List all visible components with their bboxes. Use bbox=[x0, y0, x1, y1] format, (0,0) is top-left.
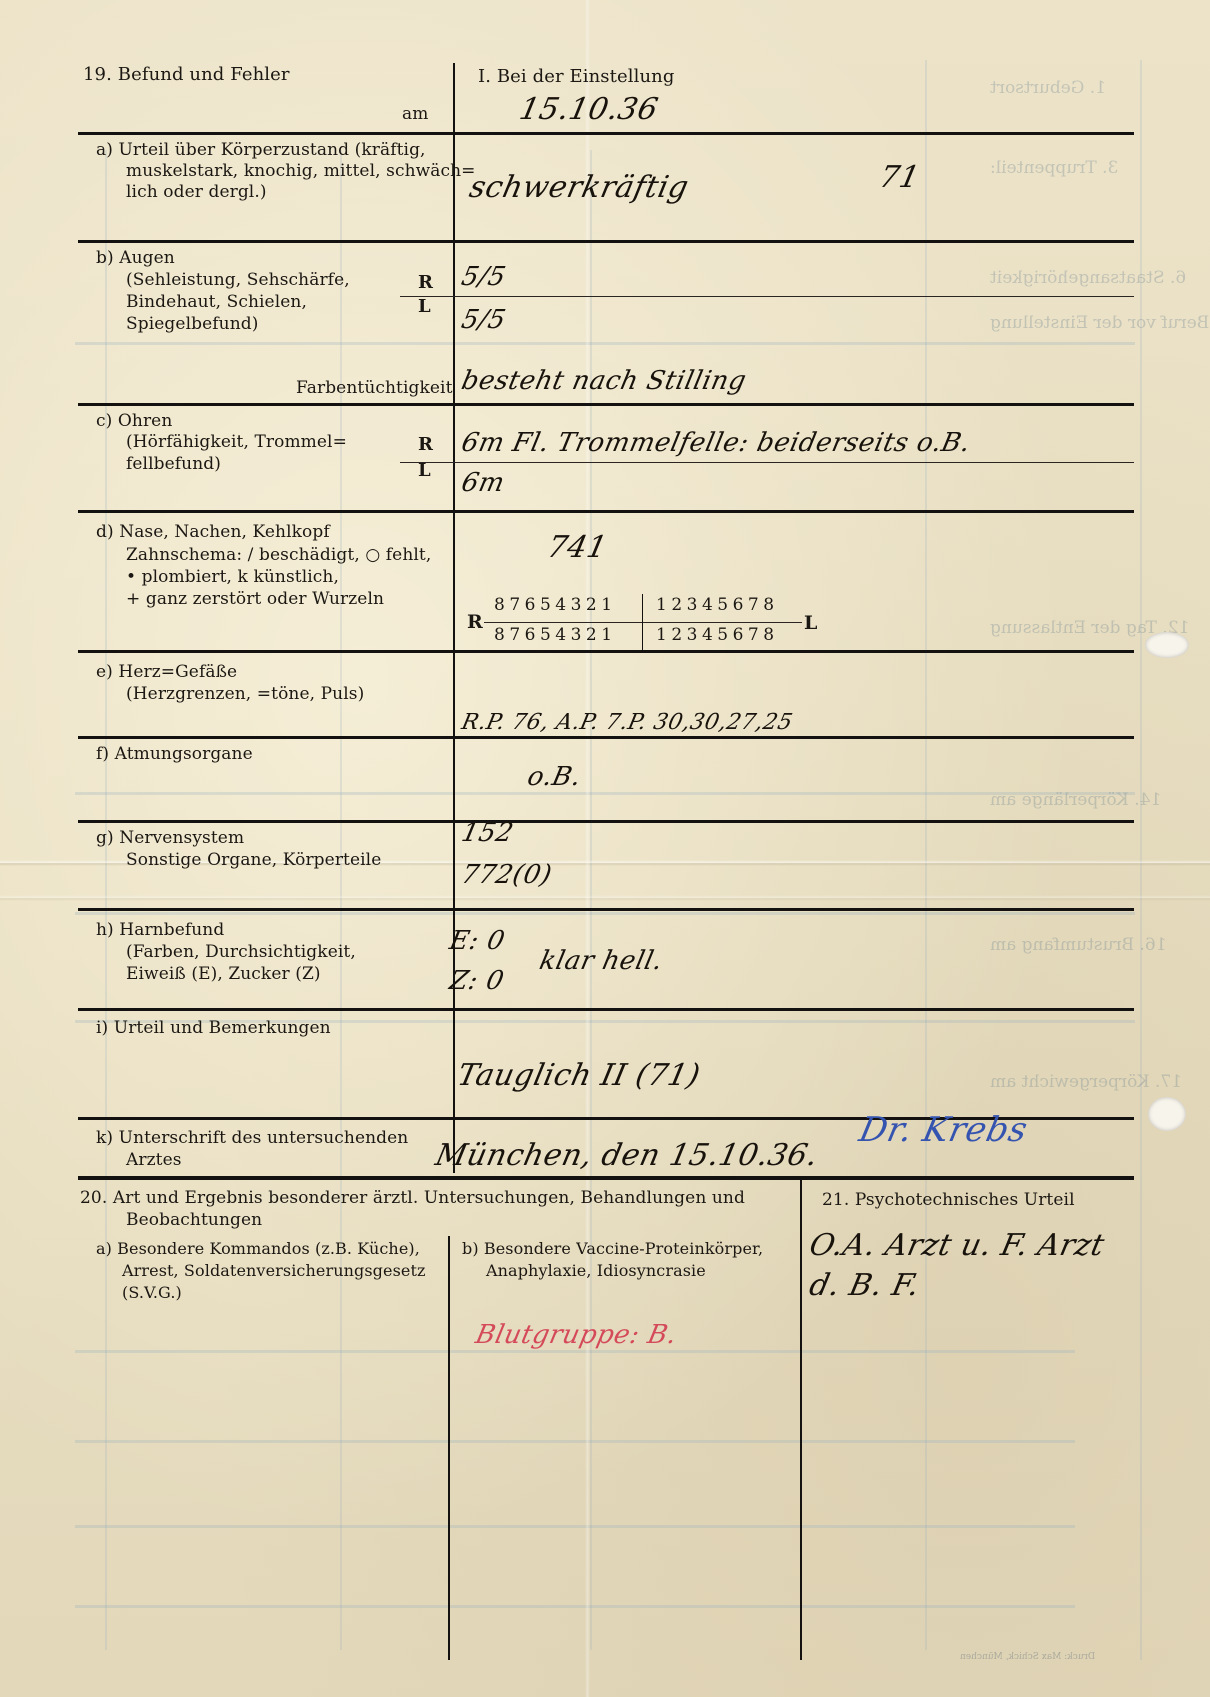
column-divider bbox=[453, 63, 455, 1173]
row-h-label-3: Eiweiß (E), Zucker (Z) bbox=[126, 964, 321, 985]
right-eye-marker: R bbox=[418, 272, 433, 293]
bleed-through-text: 3. Truppenteil: bbox=[990, 158, 1118, 178]
row-divider bbox=[78, 650, 1134, 653]
row-b-label-2: (Sehleistung, Sehschärfe, bbox=[126, 270, 350, 291]
doctor-signature: Dr. Krebs bbox=[856, 1110, 1031, 1150]
row-b-label-1: b) Augen bbox=[96, 248, 175, 269]
row-k-label-1: k) Unterschrift des untersuchenden bbox=[96, 1128, 408, 1149]
right-ear-entry: 6m Fl. Trommelfelle: beiderseits o.B. bbox=[459, 428, 973, 458]
punch-hole bbox=[1148, 1097, 1186, 1131]
section-21-entry-1: O.A. Arzt u. F. Arzt bbox=[806, 1228, 1107, 1263]
row-divider bbox=[78, 736, 1134, 739]
color-vision-label: Farbentüchtigkeit bbox=[296, 378, 453, 399]
row-divider bbox=[78, 240, 1134, 243]
row-e-label-2: (Herzgrenzen, =töne, Puls) bbox=[126, 684, 364, 705]
printer-imprint: Druck: Max Schick, München bbox=[960, 1652, 1095, 1662]
bleed-through-text: 17. Körpergewicht am bbox=[990, 1072, 1182, 1092]
section-20b-label-1: b) Besondere Vaccine-Proteinkörper, bbox=[462, 1239, 763, 1259]
teeth-upper-right: 87654321 bbox=[494, 595, 617, 615]
row-h-label-2: (Farben, Durchsichtigkeit, bbox=[126, 942, 356, 963]
midline-divider bbox=[642, 594, 643, 650]
row-a-label-2: muskelstark, knochig, mittel, schwäch= bbox=[126, 161, 476, 182]
urine-sugar-entry: Z: 0 bbox=[447, 966, 507, 996]
row-d-label-1: d) Nase, Nachen, Kehlkopf bbox=[96, 522, 330, 543]
paper-crease bbox=[585, 0, 590, 1697]
section-20a-label-2: Arrest, Soldatenversicherungsgesetz bbox=[122, 1261, 426, 1281]
row-c-label-2: (Hörfähigkeit, Trommel= bbox=[126, 432, 347, 453]
section-20-title-1: 20. Art und Ergebnis besonderer ärztl. U… bbox=[80, 1188, 745, 1209]
urine-note-entry: klar hell. bbox=[537, 946, 666, 976]
row-b-label-4: Spiegelbefund) bbox=[126, 314, 258, 335]
row-g-label-2: Sonstige Organe, Körperteile bbox=[126, 850, 381, 871]
teeth-lower-right: 87654321 bbox=[494, 625, 617, 645]
urine-protein-entry: E: 0 bbox=[447, 926, 508, 956]
row-h-label-1: h) Harnbefund bbox=[96, 920, 224, 941]
row-divider bbox=[78, 132, 1134, 135]
teeth-lower-left: 12345678 bbox=[656, 625, 779, 645]
row-d-label-2: Zahnschema: / beschädigt, ○ fehlt, bbox=[126, 545, 431, 566]
section-20a-label-3: (S.V.G.) bbox=[122, 1283, 182, 1303]
section-20b-label-2: Anaphylaxie, Idiosyncrasie bbox=[486, 1261, 706, 1281]
left-ear-marker: L bbox=[418, 460, 431, 481]
date-label: am bbox=[402, 104, 428, 125]
blood-group-entry: Blutgruppe: B. bbox=[473, 1320, 680, 1350]
row-d-entry: 741 bbox=[544, 530, 610, 565]
row-d-label-4: + ganz zerstört oder Wurzeln bbox=[126, 589, 384, 610]
row-divider bbox=[78, 403, 1134, 406]
color-vision-entry: besteht nach Stilling bbox=[459, 366, 749, 396]
bleed-through-text: 8. Beruf vor der Einstellung bbox=[990, 313, 1210, 333]
dental-left-marker: L bbox=[804, 612, 817, 634]
section-19-title: 19. Befund und Fehler bbox=[83, 64, 290, 85]
section-21-title: 21. Psychotechnisches Urteil bbox=[822, 1190, 1075, 1211]
row-i-entry: Tauglich II (71) bbox=[454, 1058, 703, 1093]
section-20a-label-1: a) Besondere Kommandos (z.B. Küche), bbox=[96, 1239, 420, 1259]
ear-split-line bbox=[400, 462, 1134, 463]
eye-split-line bbox=[400, 296, 1134, 297]
teeth-upper-left: 12345678 bbox=[656, 595, 779, 615]
punch-hole bbox=[1145, 632, 1189, 658]
right-ear-marker: R bbox=[418, 434, 433, 455]
row-d-label-3: • plombiert, k künstlich, bbox=[126, 567, 339, 588]
row-i-label-1: i) Urteil und Bemerkungen bbox=[96, 1018, 331, 1039]
bleed-through-text: 6. Staatsangehörigkeit bbox=[990, 268, 1186, 288]
row-divider bbox=[78, 1008, 1134, 1011]
document-page: 1. Geburtsort 3. Truppenteil: 6. Staatsa… bbox=[0, 0, 1210, 1697]
row-g-entry-1: 152 bbox=[459, 818, 517, 848]
bleed-grid-line bbox=[75, 342, 1135, 345]
signature-place-date: München, den 15.10.36. bbox=[432, 1138, 821, 1173]
row-a-entry: schwerkräftig bbox=[466, 170, 692, 205]
paper-crease bbox=[0, 895, 1210, 901]
bleed-through-text: 1. Geburtsort bbox=[990, 78, 1106, 98]
row-b-label-3: Bindehaut, Schielen, bbox=[126, 292, 307, 313]
row-divider bbox=[78, 908, 1134, 911]
row-a-label-1: a) Urteil über Körperzustand (kräftig, bbox=[96, 140, 426, 161]
bleed-through-text: 16. Brustumfang am bbox=[990, 935, 1167, 955]
row-f-label-1: f) Atmungsorgane bbox=[96, 744, 253, 765]
section-20-title-2: Beobachtungen bbox=[126, 1210, 262, 1231]
bleed-grid-line bbox=[925, 60, 927, 1650]
dental-right-marker: R bbox=[467, 611, 483, 633]
column-divider bbox=[800, 1180, 802, 1660]
section-21-entry-2: d. B. F. bbox=[806, 1268, 923, 1303]
row-divider bbox=[78, 820, 1134, 823]
row-f-entry: o.B. bbox=[525, 762, 584, 792]
bleed-grid-line bbox=[75, 792, 1135, 795]
left-ear-entry: 6m bbox=[459, 468, 508, 498]
exam-date: 15.10.36 bbox=[516, 92, 661, 127]
left-eye-marker: L bbox=[418, 296, 431, 317]
jaw-divider bbox=[484, 622, 802, 623]
row-divider bbox=[78, 510, 1134, 513]
row-c-label-3: fellbefund) bbox=[126, 454, 221, 475]
column-header: I. Bei der Einstellung bbox=[478, 66, 674, 87]
row-e-label-1: e) Herz=Gefäße bbox=[96, 662, 237, 683]
section-divider bbox=[78, 1176, 1134, 1180]
column-divider bbox=[448, 1236, 450, 1660]
row-a-label-3: lich oder dergl.) bbox=[126, 182, 267, 203]
row-a-code: 71 bbox=[876, 160, 923, 195]
row-e-entry: R.P. 76, A.P. 7.P. 30,30,27,25 bbox=[459, 710, 795, 735]
left-eye-entry: 5/5 bbox=[459, 305, 509, 335]
row-k-label-2: Arztes bbox=[126, 1150, 182, 1171]
row-g-entry-2: 772(0) bbox=[459, 860, 555, 890]
row-g-label-1: g) Nervensystem bbox=[96, 828, 244, 849]
row-c-label-1: c) Ohren bbox=[96, 411, 172, 432]
bleed-through-text: 14. Körperlänge am bbox=[990, 790, 1161, 810]
right-eye-entry: 5/5 bbox=[459, 262, 509, 292]
bleed-grid-line bbox=[75, 912, 1135, 915]
